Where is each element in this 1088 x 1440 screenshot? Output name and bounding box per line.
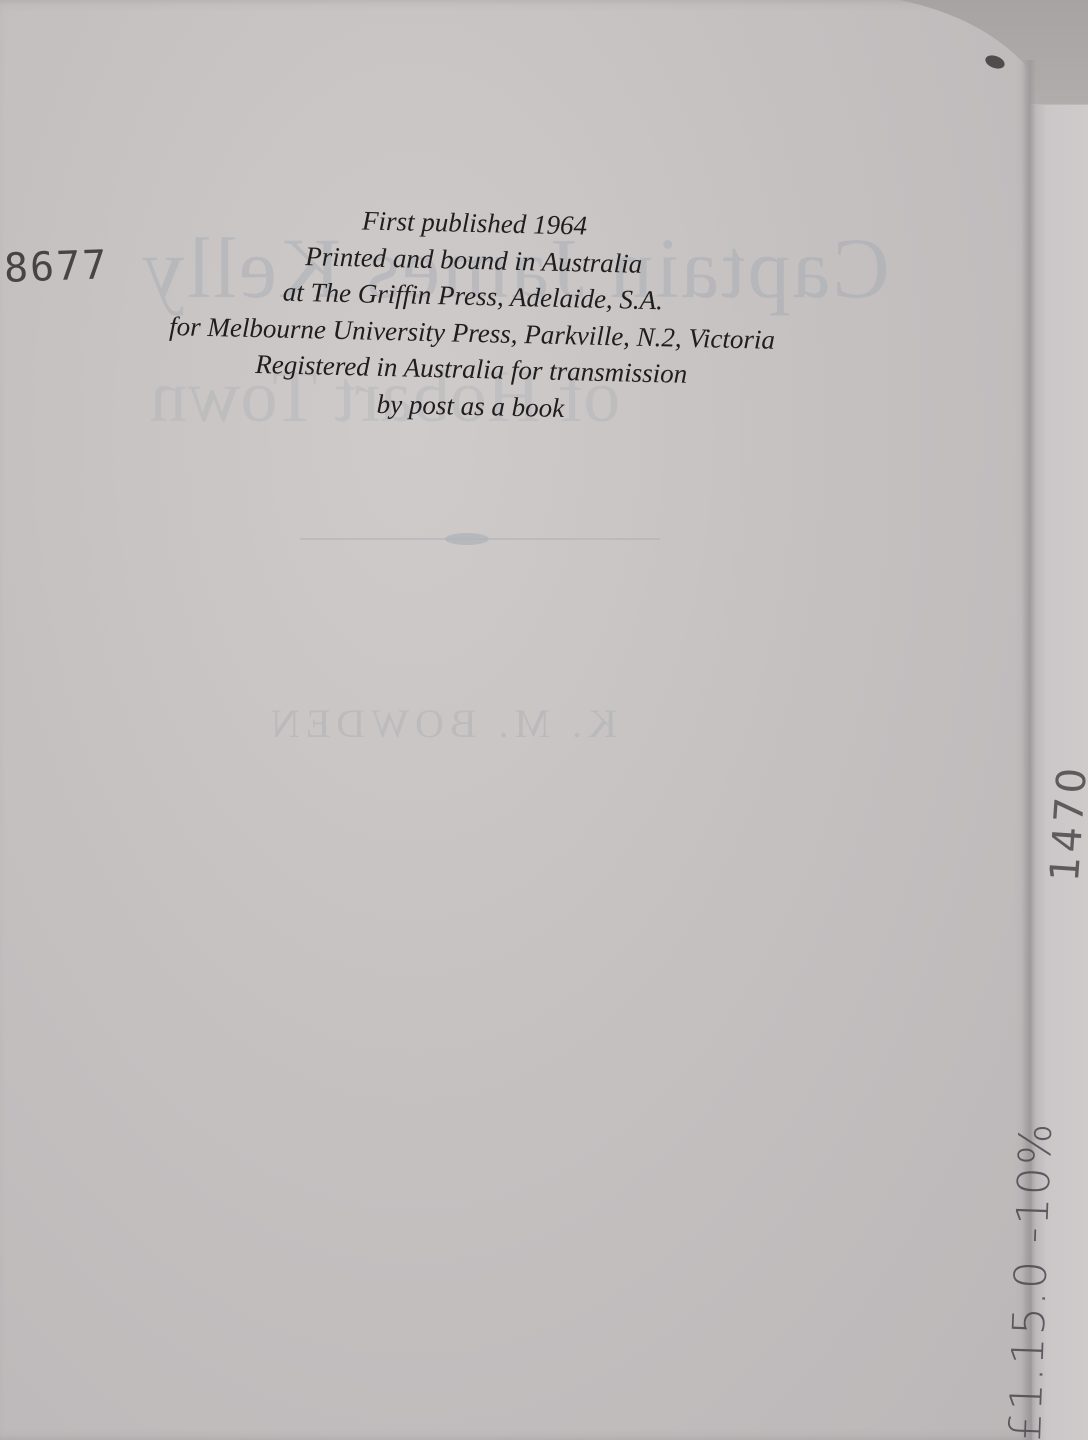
bleed-through-author: K. M. BOWDEN bbox=[265, 700, 617, 747]
bleed-through-ornament-rule bbox=[300, 538, 660, 540]
pencil-code-note: 1470 bbox=[1042, 762, 1088, 883]
imprint-block: First published 1964 Printed and bound i… bbox=[95, 196, 850, 432]
stamped-accession-number: 8677 bbox=[3, 242, 109, 292]
